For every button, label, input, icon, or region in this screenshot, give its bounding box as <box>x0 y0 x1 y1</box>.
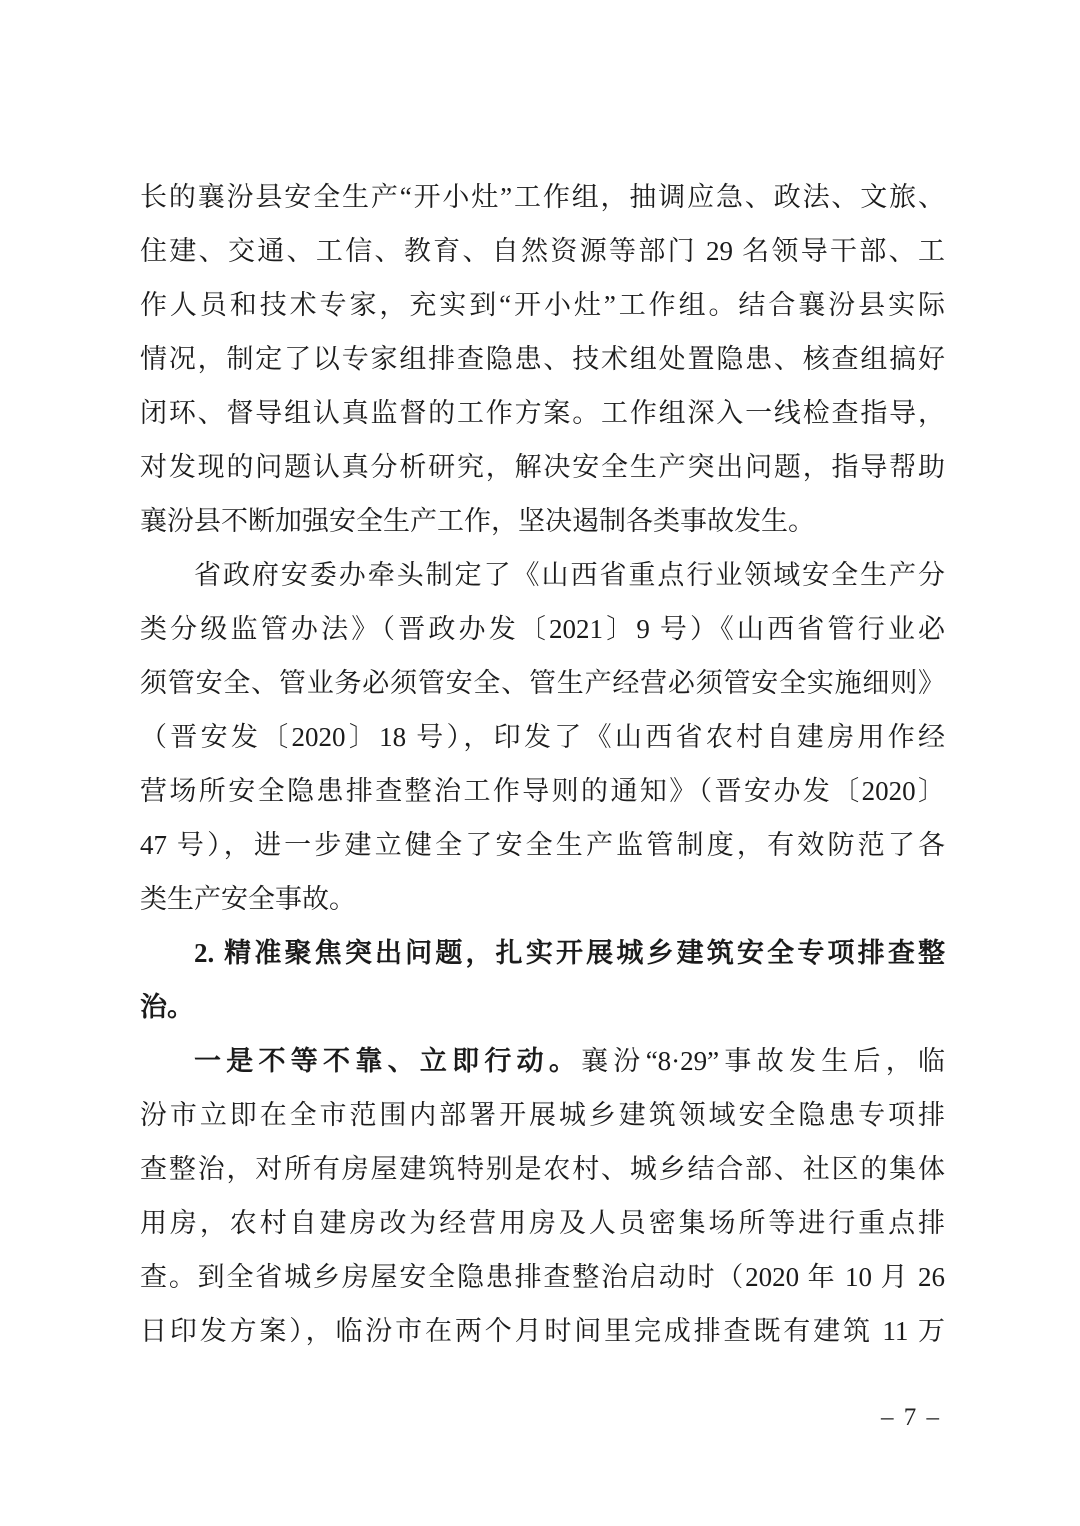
text-line: 营场所安全隐患排查整治工作导则的通知》（晋安办发〔2020〕 <box>140 764 945 818</box>
text-line: 情况，制定了以专家组排查隐患、技术组处置隐患、核查组搞好 <box>140 332 945 386</box>
text-line: 日印发方案），临汾市在两个月时间里完成排查既有建筑 11 万 <box>140 1304 945 1358</box>
text-line: 长的襄汾县安全生产“开小灶”工作组，抽调应急、政法、文旅、 <box>140 170 945 224</box>
text-segment: 营场所安全隐患排查整治工作导则的通知》（晋安办发〔2020〕 <box>140 776 945 806</box>
text-segment: 长的襄汾县安全生产“开小灶”工作组，抽调应急、政法、文旅、 <box>140 182 945 212</box>
bold-text-segment: 2. 精准聚焦突出问题，扎实开展城乡建筑安全专项排查整 <box>194 938 945 968</box>
document-body: 长的襄汾县安全生产“开小灶”工作组，抽调应急、政法、文旅、住建、交通、工信、教育… <box>140 170 945 1358</box>
text-line: 襄汾县不断加强安全生产工作，坚决遏制各类事故发生。 <box>140 494 945 548</box>
text-segment: 须管安全、管业务必须管安全、管生产经营必须管安全实施细则》 <box>140 668 945 698</box>
text-line: 47 号），进一步建立健全了安全生产监管制度，有效防范了各 <box>140 818 945 872</box>
text-line: 须管安全、管业务必须管安全、管生产经营必须管安全实施细则》 <box>140 656 945 710</box>
text-segment: 查整治，对所有房屋建筑特别是农村、城乡结合部、社区的集体 <box>140 1154 945 1184</box>
text-segment: 住建、交通、工信、教育、自然资源等部门 29 名领导干部、工 <box>140 236 945 266</box>
text-segment: 对发现的问题认真分析研究，解决安全生产突出问题，指导帮助 <box>140 452 945 482</box>
text-line: 汾市立即在全市范围内部署开展城乡建筑领域安全隐患专项排 <box>140 1088 945 1142</box>
text-line: 对发现的问题认真分析研究，解决安全生产突出问题，指导帮助 <box>140 440 945 494</box>
text-segment: 襄汾“8·29”事故发生后，临 <box>581 1046 945 1076</box>
text-segment: 作人员和技术专家，充实到“开小灶”工作组。结合襄汾县实际 <box>140 290 945 320</box>
bold-text-segment: 治。 <box>140 992 194 1022</box>
text-segment: 用房，农村自建房改为经营用房及人员密集场所等进行重点排 <box>140 1208 945 1238</box>
bold-text-segment: 一是不等不靠、立即行动。 <box>194 1046 581 1076</box>
text-segment: 情况，制定了以专家组排查隐患、技术组处置隐患、核查组搞好 <box>140 344 945 374</box>
text-segment: 省政府安委办牵头制定了《山西省重点行业领域安全生产分 <box>194 560 945 590</box>
text-segment: 47 号），进一步建立健全了安全生产监管制度，有效防范了各 <box>140 830 945 860</box>
text-line: 类生产安全事故。 <box>140 872 945 926</box>
text-line: 治。 <box>140 980 945 1034</box>
document-page: 长的襄汾县安全生产“开小灶”工作组，抽调应急、政法、文旅、住建、交通、工信、教育… <box>0 0 1080 1526</box>
text-line: 2. 精准聚焦突出问题，扎实开展城乡建筑安全专项排查整 <box>140 926 945 980</box>
text-line: 省政府安委办牵头制定了《山西省重点行业领域安全生产分 <box>140 548 945 602</box>
text-segment: 查。到全省城乡房屋安全隐患排查整治启动时（2020 年 10 月 26 <box>140 1262 945 1292</box>
text-line: 查整治，对所有房屋建筑特别是农村、城乡结合部、社区的集体 <box>140 1142 945 1196</box>
text-segment: 日印发方案），临汾市在两个月时间里完成排查既有建筑 11 万 <box>140 1316 945 1346</box>
text-segment: 襄汾县不断加强安全生产工作，坚决遏制各类事故发生。 <box>140 506 815 536</box>
text-segment: 类分级监管办法》（晋政办发〔2021〕9 号）《山西省管行业必 <box>140 614 945 644</box>
text-line: 作人员和技术专家，充实到“开小灶”工作组。结合襄汾县实际 <box>140 278 945 332</box>
text-line: （晋安发〔2020〕18 号），印发了《山西省农村自建房用作经 <box>140 710 945 764</box>
text-line: 一是不等不靠、立即行动。襄汾“8·29”事故发生后，临 <box>140 1034 945 1088</box>
text-segment: 闭环、督导组认真监督的工作方案。工作组深入一线检查指导， <box>140 398 945 428</box>
text-segment: 类生产安全事故。 <box>140 884 356 914</box>
text-line: 查。到全省城乡房屋安全隐患排查整治启动时（2020 年 10 月 26 <box>140 1250 945 1304</box>
text-line: 用房，农村自建房改为经营用房及人员密集场所等进行重点排 <box>140 1196 945 1250</box>
text-segment: 汾市立即在全市范围内部署开展城乡建筑领域安全隐患专项排 <box>140 1100 945 1130</box>
text-segment: （晋安发〔2020〕18 号），印发了《山西省农村自建房用作经 <box>140 722 945 752</box>
text-line: 闭环、督导组认真监督的工作方案。工作组深入一线检查指导， <box>140 386 945 440</box>
page-number: – 7 – <box>881 1398 941 1438</box>
text-line: 住建、交通、工信、教育、自然资源等部门 29 名领导干部、工 <box>140 224 945 278</box>
text-line: 类分级监管办法》（晋政办发〔2021〕9 号）《山西省管行业必 <box>140 602 945 656</box>
